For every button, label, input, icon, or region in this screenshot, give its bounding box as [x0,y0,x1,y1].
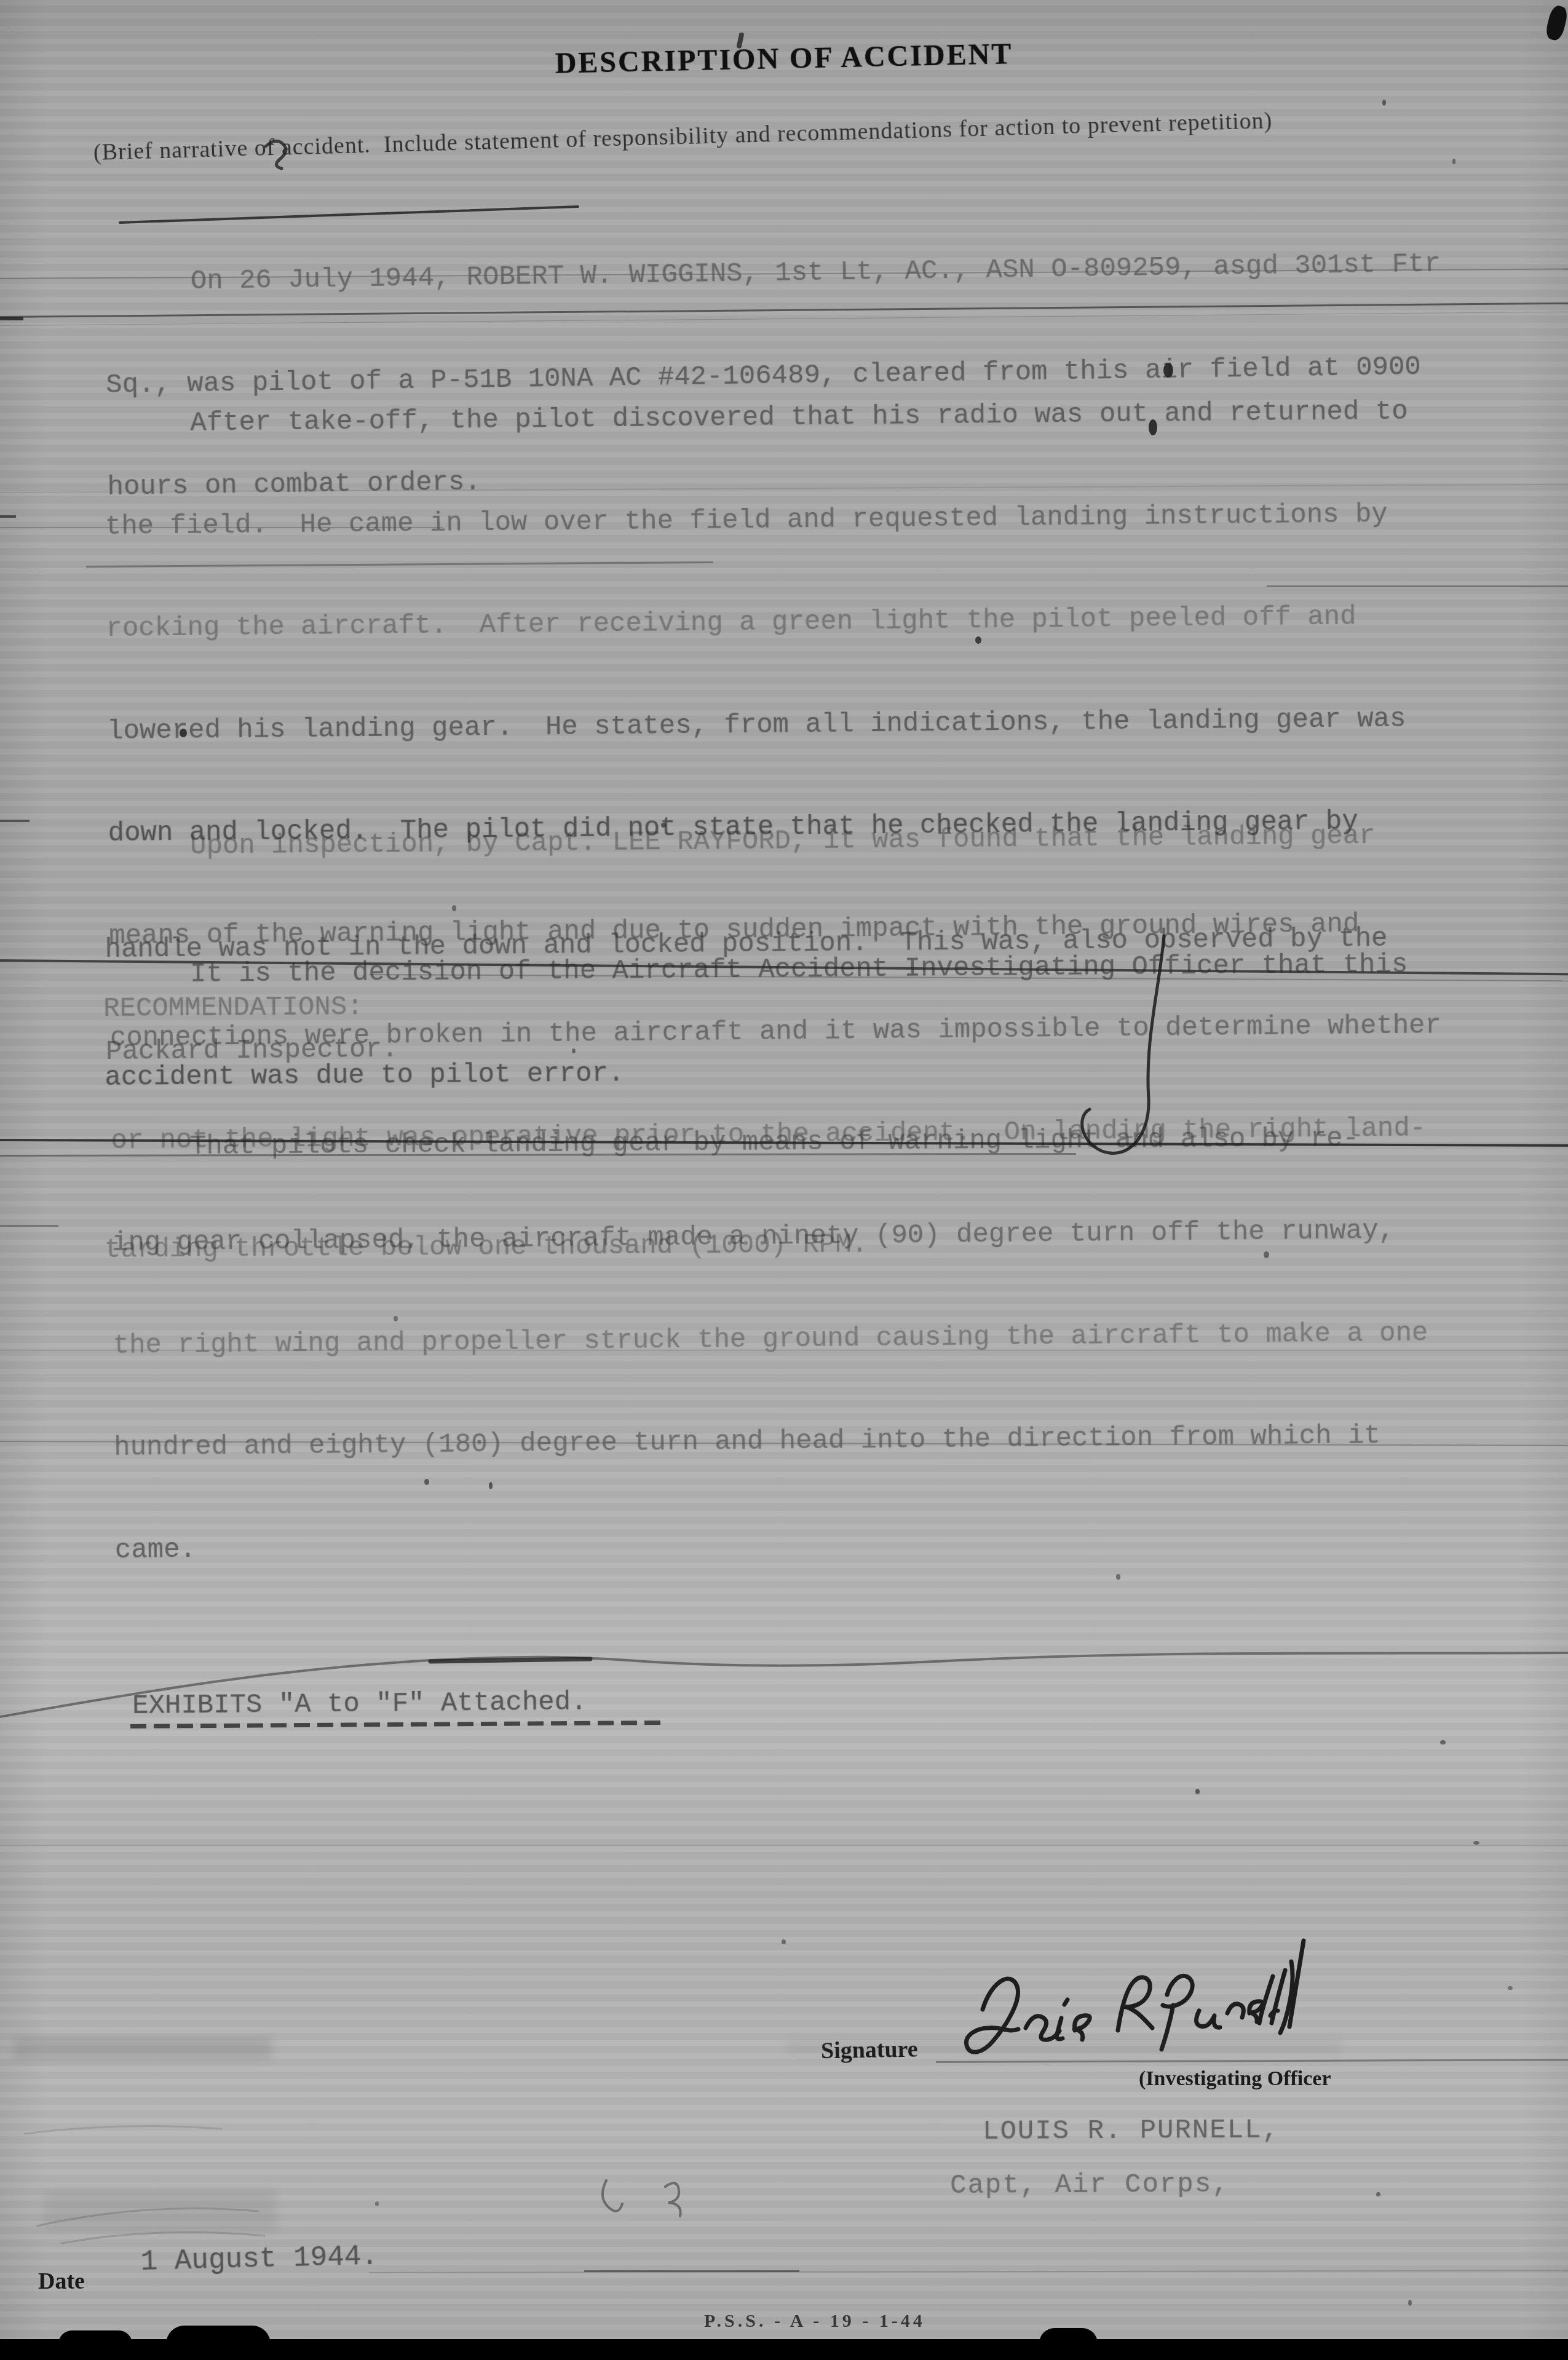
scan-artifact-line [369,2270,1568,2273]
form-code: P.S.S. - A - 19 - 1-44 [704,2311,925,2332]
pencil-scratch [61,2232,264,2243]
pencil-smudge [43,2189,277,2232]
ink-speck [1163,363,1173,378]
paragraph-line: rocking the aircraft. After receiving a … [106,600,1438,646]
paragraph-line: came. [115,1521,1447,1568]
paragraph-line: Upon inspection, by Capt. LEE RAYFORD, i… [104,820,1387,865]
scan-artifact-line [584,2270,799,2272]
ghost-stamp-smudge [787,2039,1340,2055]
wavy-scan-line-dark-segment [430,1659,590,1661]
ink-speck [424,1479,429,1485]
signature-handwriting [935,1931,1365,2078]
ink-speck [1452,159,1455,164]
bottom-scan-bar-bump [58,2330,132,2344]
scan-artifact-line [0,1350,1568,1351]
ink-speck [452,905,456,911]
ink-speck [375,2201,379,2206]
edge-artifact [0,515,16,518]
ink-speck [1264,1251,1269,1258]
ink-speck [1116,1574,1120,1580]
paragraph-line: tarding throttle below one thousand (100… [105,1224,1360,1267]
ink-speck [1376,2192,1380,2196]
paragraph-line: After take-off, the pilot discovered tha… [104,395,1436,442]
ink-speck [394,1316,398,1321]
edge-artifact [0,317,23,320]
signature-line [936,2059,1568,2063]
ink-speck [782,1939,786,1944]
ink-speck [1149,419,1157,435]
scan-artifact-line [1267,585,1568,587]
typed-signer-name: LOUIS R. PURNELL, [983,2113,1280,2149]
ink-speck [1408,2300,1412,2306]
ink-speck [1195,1789,1200,1794]
date-label: Date [38,2268,85,2295]
pen-doodle [665,2183,681,2216]
ink-speck [975,636,981,644]
edge-artifact [0,820,30,822]
ink-speck [1382,100,1386,106]
paragraph-line: lowered his landing gear. He states, fro… [107,702,1439,749]
scan-artifact-line [0,1845,1568,1846]
ink-speck [1440,1740,1446,1744]
pen-doodle [603,2180,622,2211]
investigating-officer-caption: (Investigating Officer [1139,2067,1331,2091]
document-title: DESCRIPTION OF ACCIDENT [0,25,1568,92]
ghost-stamp-smudge [14,2037,272,2060]
ink-speck [572,1048,576,1053]
date-value: 1 August 1944. [140,2240,379,2280]
ink-speck [1508,1986,1513,1990]
scan-artifact-line [0,527,443,528]
document-subtitle: (Brief narrative of accident. Include st… [93,101,1507,166]
bottom-scan-bar-bump [166,2326,271,2344]
pencil-scratch [25,2126,221,2134]
recommendations-heading: RECOMMENDATIONS: [103,991,363,1026]
scanned-document-page: DESCRIPTION OF ACCIDENT (Brief narrative… [0,0,1568,2360]
bottom-scan-bar-bump [1039,2328,1098,2343]
exhibits-note: EXHIBITS "A to "F" Attached. [132,1686,587,1724]
ink-speck [661,823,666,828]
edge-artifact [0,1225,58,1227]
ink-speck [1473,1841,1479,1845]
paragraph-line: the field. He came in low over the field… [105,497,1437,544]
typed-signer-rank: Capt, Air Corps, [950,2168,1230,2204]
paragraph-5: That pilots check landing gear by means … [103,1054,1360,1336]
ink-speck [180,729,187,737]
ink-speck [489,1482,493,1489]
